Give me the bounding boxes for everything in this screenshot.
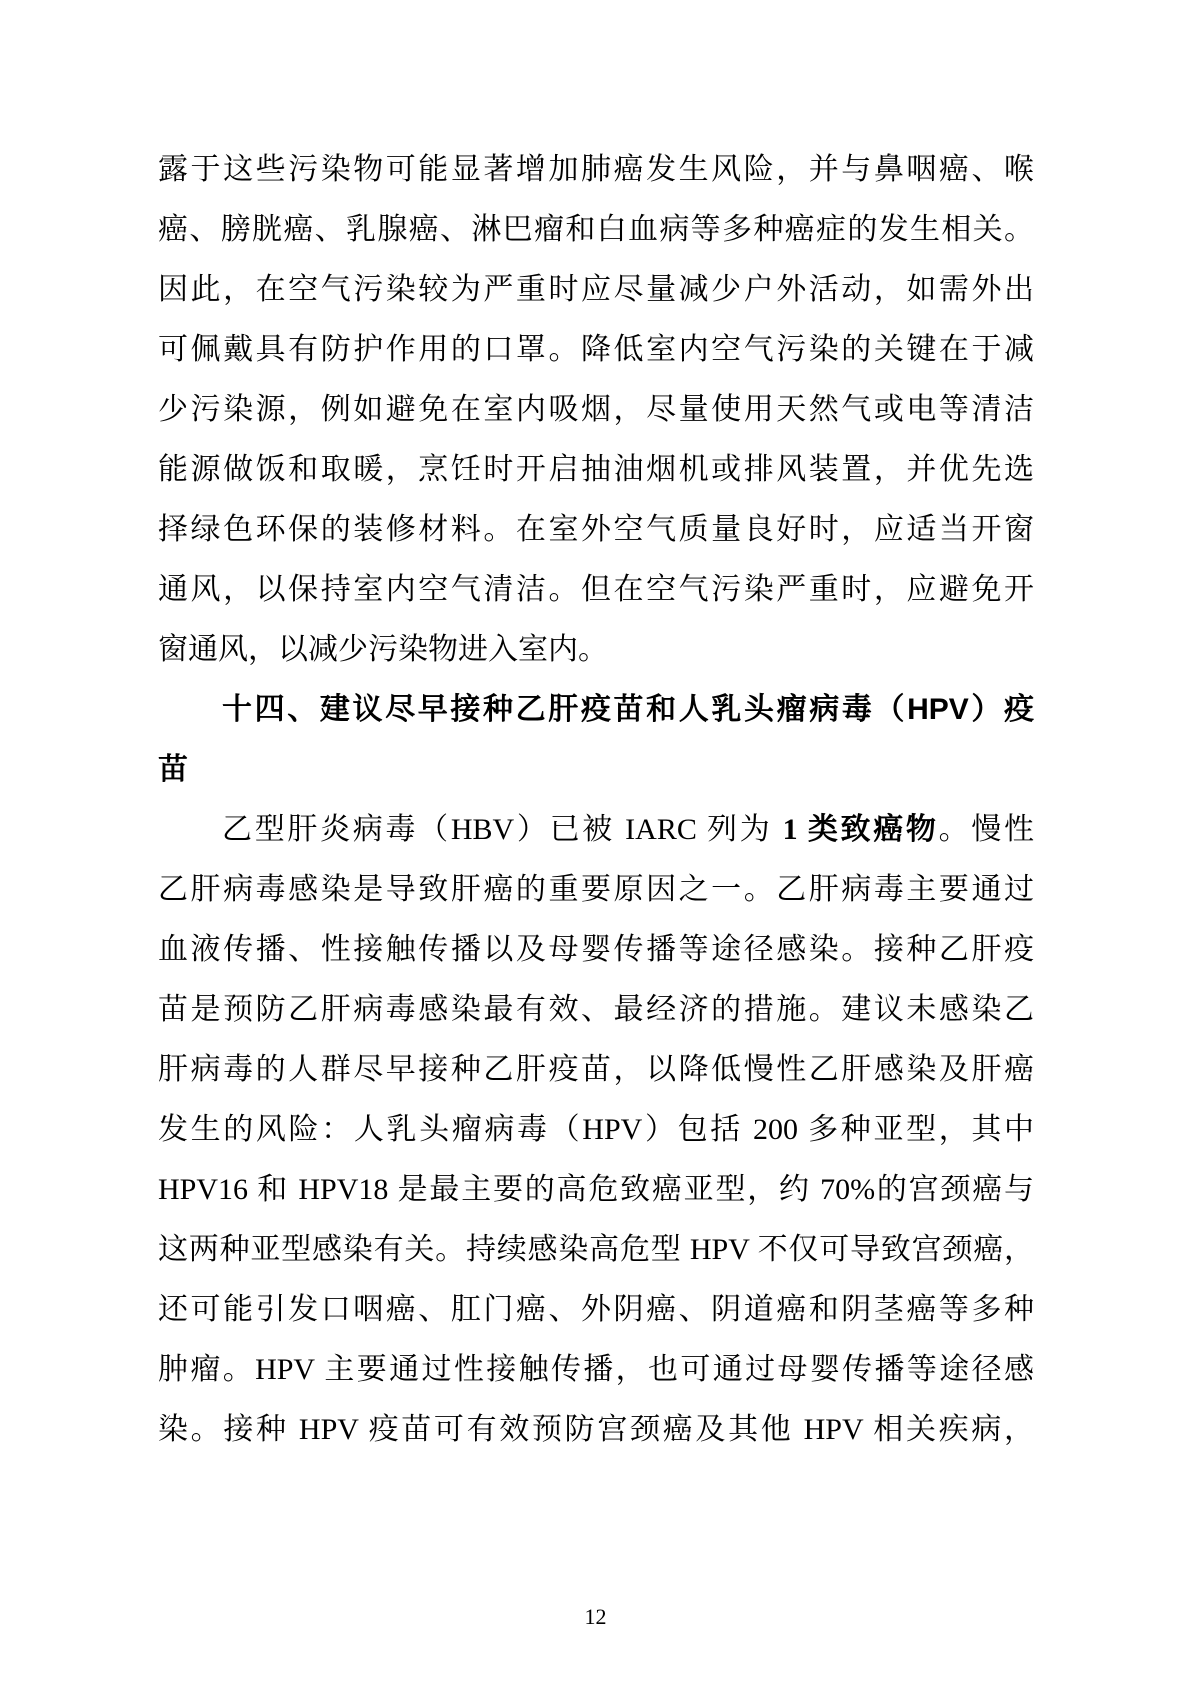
text-segment: 。慢性 bbox=[939, 813, 1034, 846]
text-segment: 还可能引发口咽癌、肛门癌、外阴癌、阴道癌和阴茎癌等多种 bbox=[158, 1293, 1034, 1326]
text-segment: 染。接种 HPV 疫苗可有效预防宫颈癌及其他 HPV 相关疾病， bbox=[158, 1413, 1034, 1446]
body-paragraph: 露于这些污染物可能显著增加肺癌发生风险，并与鼻咽癌、喉癌、膀胱癌、乳腺癌、淋巴瘤… bbox=[158, 140, 1034, 680]
text-line: 窗通风，以减少污染物进入室内。 bbox=[158, 620, 1034, 680]
text-line: 这两种亚型感染有关。持续感染高危型 HPV 不仅可导致宫颈癌， bbox=[158, 1220, 1034, 1280]
text-line: 乙型肝炎病毒（HBV）已被 IARC 列为 1 类致癌物。慢性 bbox=[158, 800, 1034, 860]
text-line: HPV16 和 HPV18 是最主要的高危致癌亚型，约 70%的宫颈癌与 bbox=[158, 1160, 1034, 1220]
text-line: 苗是预防乙肝病毒感染最有效、最经济的措施。建议未感染乙 bbox=[158, 980, 1034, 1040]
text-segment: 苗 bbox=[158, 753, 188, 786]
section-heading: 十四、建议尽早接种乙肝疫苗和人乳头瘤病毒（HPV）疫苗 bbox=[158, 680, 1034, 800]
text-segment: 可佩戴具有防护作用的口罩。降低室内空气污染的关键在于减 bbox=[158, 333, 1034, 366]
text-segment: 血液传播、性接触传播以及母婴传播等途径感染。接种乙肝疫 bbox=[158, 933, 1034, 966]
text-segment: 肝病毒的人群尽早接种乙肝疫苗，以降低慢性乙肝感染及肝癌 bbox=[158, 1053, 1034, 1086]
text-segment: 乙型肝炎病毒（HBV）已被 IARC 列为 bbox=[222, 813, 783, 846]
text-segment: 肿瘤。HPV 主要通过性接触传播，也可通过母婴传播等途径感 bbox=[158, 1353, 1034, 1386]
text-line: 肝病毒的人群尽早接种乙肝疫苗，以降低慢性乙肝感染及肝癌 bbox=[158, 1040, 1034, 1100]
body-paragraph: 乙型肝炎病毒（HBV）已被 IARC 列为 1 类致癌物。慢性乙肝病毒感染是导致… bbox=[158, 800, 1034, 1460]
text-segment: 因此，在空气污染较为严重时应尽量减少户外活动，如需外出 bbox=[158, 273, 1034, 306]
text-line: 通风，以保持室内空气清洁。但在空气污染严重时，应避免开 bbox=[158, 560, 1034, 620]
text-line: 可佩戴具有防护作用的口罩。降低室内空气污染的关键在于减 bbox=[158, 320, 1034, 380]
text-line: 择绿色环保的装修材料。在室外空气质量良好时，应适当开窗 bbox=[158, 500, 1034, 560]
text-line: 发生的风险：人乳头瘤病毒（HPV）包括 200 多种亚型，其中 bbox=[158, 1100, 1034, 1160]
text-segment: 少污染源，例如避免在室内吸烟，尽量使用天然气或电等清洁 bbox=[158, 393, 1034, 426]
text-line: 癌、膀胱癌、乳腺癌、淋巴瘤和白血病等多种癌症的发生相关。 bbox=[158, 200, 1034, 260]
text-segment: 择绿色环保的装修材料。在室外空气质量良好时，应适当开窗 bbox=[158, 513, 1034, 546]
text-line: 乙肝病毒感染是导致肝癌的重要原因之一。乙肝病毒主要通过 bbox=[158, 860, 1034, 920]
text-line: 苗 bbox=[158, 740, 1034, 800]
text-line: 因此，在空气污染较为严重时应尽量减少户外活动，如需外出 bbox=[158, 260, 1034, 320]
text-segment: 能源做饭和取暖，烹饪时开启抽油烟机或排风装置，并优先选 bbox=[158, 453, 1034, 486]
text-line: 露于这些污染物可能显著增加肺癌发生风险，并与鼻咽癌、喉 bbox=[158, 140, 1034, 200]
text-segment: 苗是预防乙肝病毒感染最有效、最经济的措施。建议未感染乙 bbox=[158, 993, 1034, 1026]
text-line: 还可能引发口咽癌、肛门癌、外阴癌、阴道癌和阴茎癌等多种 bbox=[158, 1280, 1034, 1340]
text-segment: HPV16 和 HPV18 是最主要的高危致癌亚型，约 70%的宫颈癌与 bbox=[158, 1173, 1034, 1206]
text-line: 十四、建议尽早接种乙肝疫苗和人乳头瘤病毒（HPV）疫 bbox=[158, 680, 1034, 740]
text-segment: 十四、建议尽早接种乙肝疫苗和人乳头瘤病毒（HPV）疫 bbox=[222, 693, 1034, 726]
document-page: 露于这些污染物可能显著增加肺癌发生风险，并与鼻咽癌、喉癌、膀胱癌、乳腺癌、淋巴瘤… bbox=[0, 0, 1191, 1684]
text-segment: 发生的风险：人乳头瘤病毒（HPV）包括 200 多种亚型，其中 bbox=[158, 1113, 1034, 1146]
text-segment: 这两种亚型感染有关。持续感染高危型 HPV 不仅可导致宫颈癌， bbox=[158, 1233, 1034, 1266]
page-number: 12 bbox=[0, 1603, 1191, 1631]
text-line: 染。接种 HPV 疫苗可有效预防宫颈癌及其他 HPV 相关疾病， bbox=[158, 1400, 1034, 1460]
text-line: 能源做饭和取暖，烹饪时开启抽油烟机或排风装置，并优先选 bbox=[158, 440, 1034, 500]
text-segment: 露于这些污染物可能显著增加肺癌发生风险，并与鼻咽癌、喉 bbox=[158, 153, 1034, 186]
document-text: 露于这些污染物可能显著增加肺癌发生风险，并与鼻咽癌、喉癌、膀胱癌、乳腺癌、淋巴瘤… bbox=[158, 140, 1034, 1460]
text-segment: 通风，以保持室内空气清洁。但在空气污染严重时，应避免开 bbox=[158, 573, 1034, 606]
text-line: 肿瘤。HPV 主要通过性接触传播，也可通过母婴传播等途径感 bbox=[158, 1340, 1034, 1400]
text-line: 血液传播、性接触传播以及母婴传播等途径感染。接种乙肝疫 bbox=[158, 920, 1034, 980]
text-segment: 窗通风，以减少污染物进入室内。 bbox=[158, 633, 608, 666]
text-segment: 乙肝病毒感染是导致肝癌的重要原因之一。乙肝病毒主要通过 bbox=[158, 873, 1034, 906]
bold-text: 1 类致癌物 bbox=[783, 813, 939, 846]
text-line: 少污染源，例如避免在室内吸烟，尽量使用天然气或电等清洁 bbox=[158, 380, 1034, 440]
text-segment: 癌、膀胱癌、乳腺癌、淋巴瘤和白血病等多种癌症的发生相关。 bbox=[158, 213, 1034, 246]
